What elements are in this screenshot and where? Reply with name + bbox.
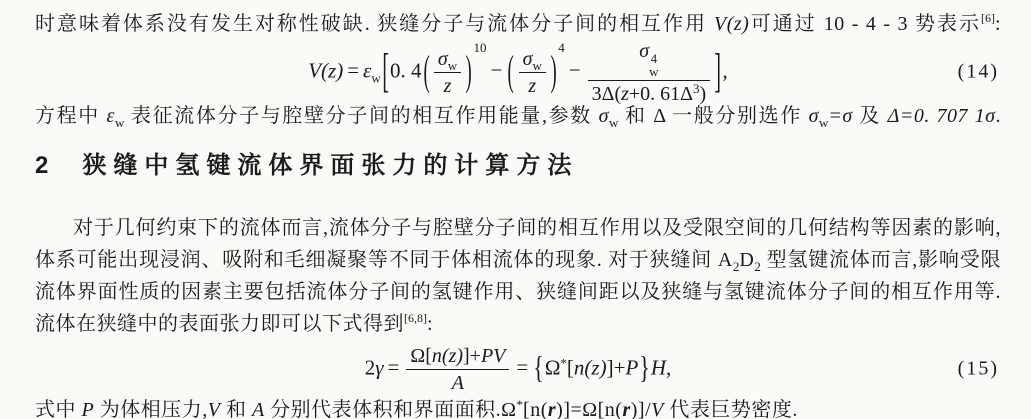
math-vector-r: r <box>548 399 556 419</box>
right-bracket: ] <box>715 43 722 99</box>
equals-sign: = <box>388 355 400 379</box>
subscript-w: w <box>649 65 658 78</box>
exponent-10: 10 <box>473 40 486 56</box>
text-run: : <box>995 13 1001 35</box>
fraction-grand-potential: Ω[n(z)]+PVA <box>406 345 509 394</box>
math-A2D2: A2D2 <box>718 249 761 271</box>
math-sigma: σ <box>599 105 609 127</box>
citation-ref-6-8: [6,8] <box>404 311 427 325</box>
right-paren: ) <box>466 46 472 95</box>
text-run: )]/ <box>631 399 651 419</box>
right-brace: } <box>639 349 650 387</box>
text-run: 分别代表体积和界面面积.Ω <box>265 399 517 419</box>
math-V-of-z: V(z) <box>714 13 749 35</box>
math-sigma: σ <box>639 40 649 62</box>
text-run: 表征流体分子与腔壁分子间的相互作用能量,参数 <box>124 105 598 127</box>
right-paren: ) <box>550 46 556 95</box>
math-plus: ]+ <box>463 345 481 367</box>
paper-page: 时意味着体系没有发生对称性破缺. 狭缝分子与流体分子间的相互作用 V(z)可通过… <box>0 0 1031 419</box>
section-title: 狭缝中氢键流体界面张力的计算方法 <box>82 152 578 179</box>
equation-14: V(z)=εw[0. 4(σwz)10−(σwz)4−σ4w3Δ(z+0. 61… <box>308 40 728 105</box>
math-z: z <box>621 83 629 105</box>
math-delta-value: Δ=0. 707 1σ <box>888 105 996 127</box>
denominator-run: 3Δ( <box>592 83 622 105</box>
math-gamma: γ <box>375 355 383 379</box>
subscript-w: w <box>448 58 457 73</box>
left-paren: ( <box>508 46 514 95</box>
math-V: V <box>208 399 221 419</box>
equation-14-row: V(z)=εw[0. 4(σwz)10−(σwz)4−σ4w3Δ(z+0. 61… <box>35 45 1001 99</box>
subscript-w: w <box>819 115 828 130</box>
equation-number-14: (14) <box>958 61 999 84</box>
exponent-4: 4 <box>558 40 565 56</box>
math-lhs: V(z) <box>308 58 343 82</box>
subscript-w: w <box>609 115 618 130</box>
math-n-of-z: n(z) <box>432 345 463 367</box>
fraction-sigma-over-z: σwz <box>519 48 546 97</box>
denominator-run: +0. 61Δ <box>629 83 693 105</box>
math-vector-r: r <box>622 399 630 419</box>
superscript-4: 4 <box>649 52 658 65</box>
left-bracket: [ <box>567 355 574 379</box>
subscript-w: w <box>533 58 542 73</box>
sigma-sup-sub: 4w <box>649 52 658 78</box>
text-run: 代表巨势密度. <box>664 399 798 419</box>
left-bracket: [ <box>382 43 389 99</box>
math-D: D <box>739 249 754 271</box>
equation-15: 2γ=Ω[n(z)]+PVA={Ω*[n(z)]+P}H, <box>365 345 672 394</box>
fraction-sigma-over-z: σwz <box>434 48 461 97</box>
text-run: 和 Δ 一般分别选作 <box>618 105 808 127</box>
text-run: : <box>427 313 433 335</box>
math-sigma: σ <box>523 48 533 70</box>
math-V: V <box>651 399 664 419</box>
subscript-w: w <box>371 70 380 85</box>
text-run: 方程中 <box>35 105 107 127</box>
text-run: 可通过 10 - 4 - 3 势表示 <box>749 13 981 35</box>
math-equals-sigma: =σ <box>828 105 852 127</box>
math-sigma: σ <box>438 48 448 70</box>
comma: , <box>666 355 671 379</box>
math-sigma: σ <box>809 105 819 127</box>
math-A: A <box>252 399 265 419</box>
paragraph-potential-intro: 时意味着体系没有发生对称性破缺. 狭缝分子与流体分子间的相互作用 V(z)可通过… <box>35 9 1001 39</box>
text-run: . <box>996 105 1002 127</box>
text-run: 时意味着体系没有发生对称性破缺. 狭缝分子与流体分子间的相互作用 <box>35 13 714 35</box>
comma: , <box>723 58 728 82</box>
math-plus: ]+ <box>607 355 626 379</box>
left-brace: { <box>533 349 544 387</box>
text-run: 式中 <box>35 399 82 419</box>
math-n-of-z: n(z) <box>574 355 607 379</box>
section-heading: 2狭缝中氢键流体界面张力的计算方法 <box>35 150 1001 182</box>
fraction-third-term: σ4w3Δ(z+0. 61Δ3) <box>588 40 711 105</box>
math-A: A <box>452 372 464 394</box>
math-PV: PV <box>481 345 505 367</box>
denominator-run: ) <box>700 83 707 105</box>
section-number: 2 <box>35 150 48 182</box>
math-omega: Ω <box>545 355 561 379</box>
minus-sign: − <box>490 58 502 82</box>
equals-sign: = <box>347 58 359 82</box>
math-P: P <box>82 399 95 419</box>
math-z: z <box>528 75 536 97</box>
equation-15-row: 2γ=Ω[n(z)]+PVA={Ω*[n(z)]+P}H, (15) <box>35 342 1001 396</box>
math-H: H <box>651 355 666 379</box>
paragraph-definitions: 式中 P 为体相压力,V 和 A 分别代表体积和界面面积.Ω*[n(r)]=Ω[… <box>35 396 1001 419</box>
math-omega-bracket: Ω[ <box>410 345 432 367</box>
text-run: [n( <box>523 399 548 419</box>
coefficient: 2 <box>365 355 376 379</box>
citation-ref-6: [6] <box>981 11 995 25</box>
minus-sign: − <box>569 58 581 82</box>
equals-sign: = <box>516 355 528 379</box>
math-z: z <box>444 75 452 97</box>
paragraph-confined-fluid: 对于几何约束下的流体而言,流体分子与腔壁分子间的相互作用以及受限空间的几何结构等… <box>35 212 1001 340</box>
math-A: A <box>718 249 733 271</box>
text-run: 为体相压力, <box>94 399 208 419</box>
coefficient: 0. 4 <box>390 58 422 82</box>
text-run: 及 <box>853 105 888 127</box>
math-epsilon: ε <box>107 105 115 127</box>
paragraph-parameters: 方程中 εw 表征流体分子与腔壁分子间的相互作用能量,参数 σw 和 Δ 一般分… <box>35 101 1001 131</box>
left-paren: ( <box>423 46 429 95</box>
text-run: )]=Ω[n( <box>556 399 622 419</box>
subscript-w: w <box>115 115 124 130</box>
text-run: 和 <box>220 399 252 419</box>
equation-number-15: (15) <box>958 358 999 381</box>
math-P: P <box>625 355 638 379</box>
